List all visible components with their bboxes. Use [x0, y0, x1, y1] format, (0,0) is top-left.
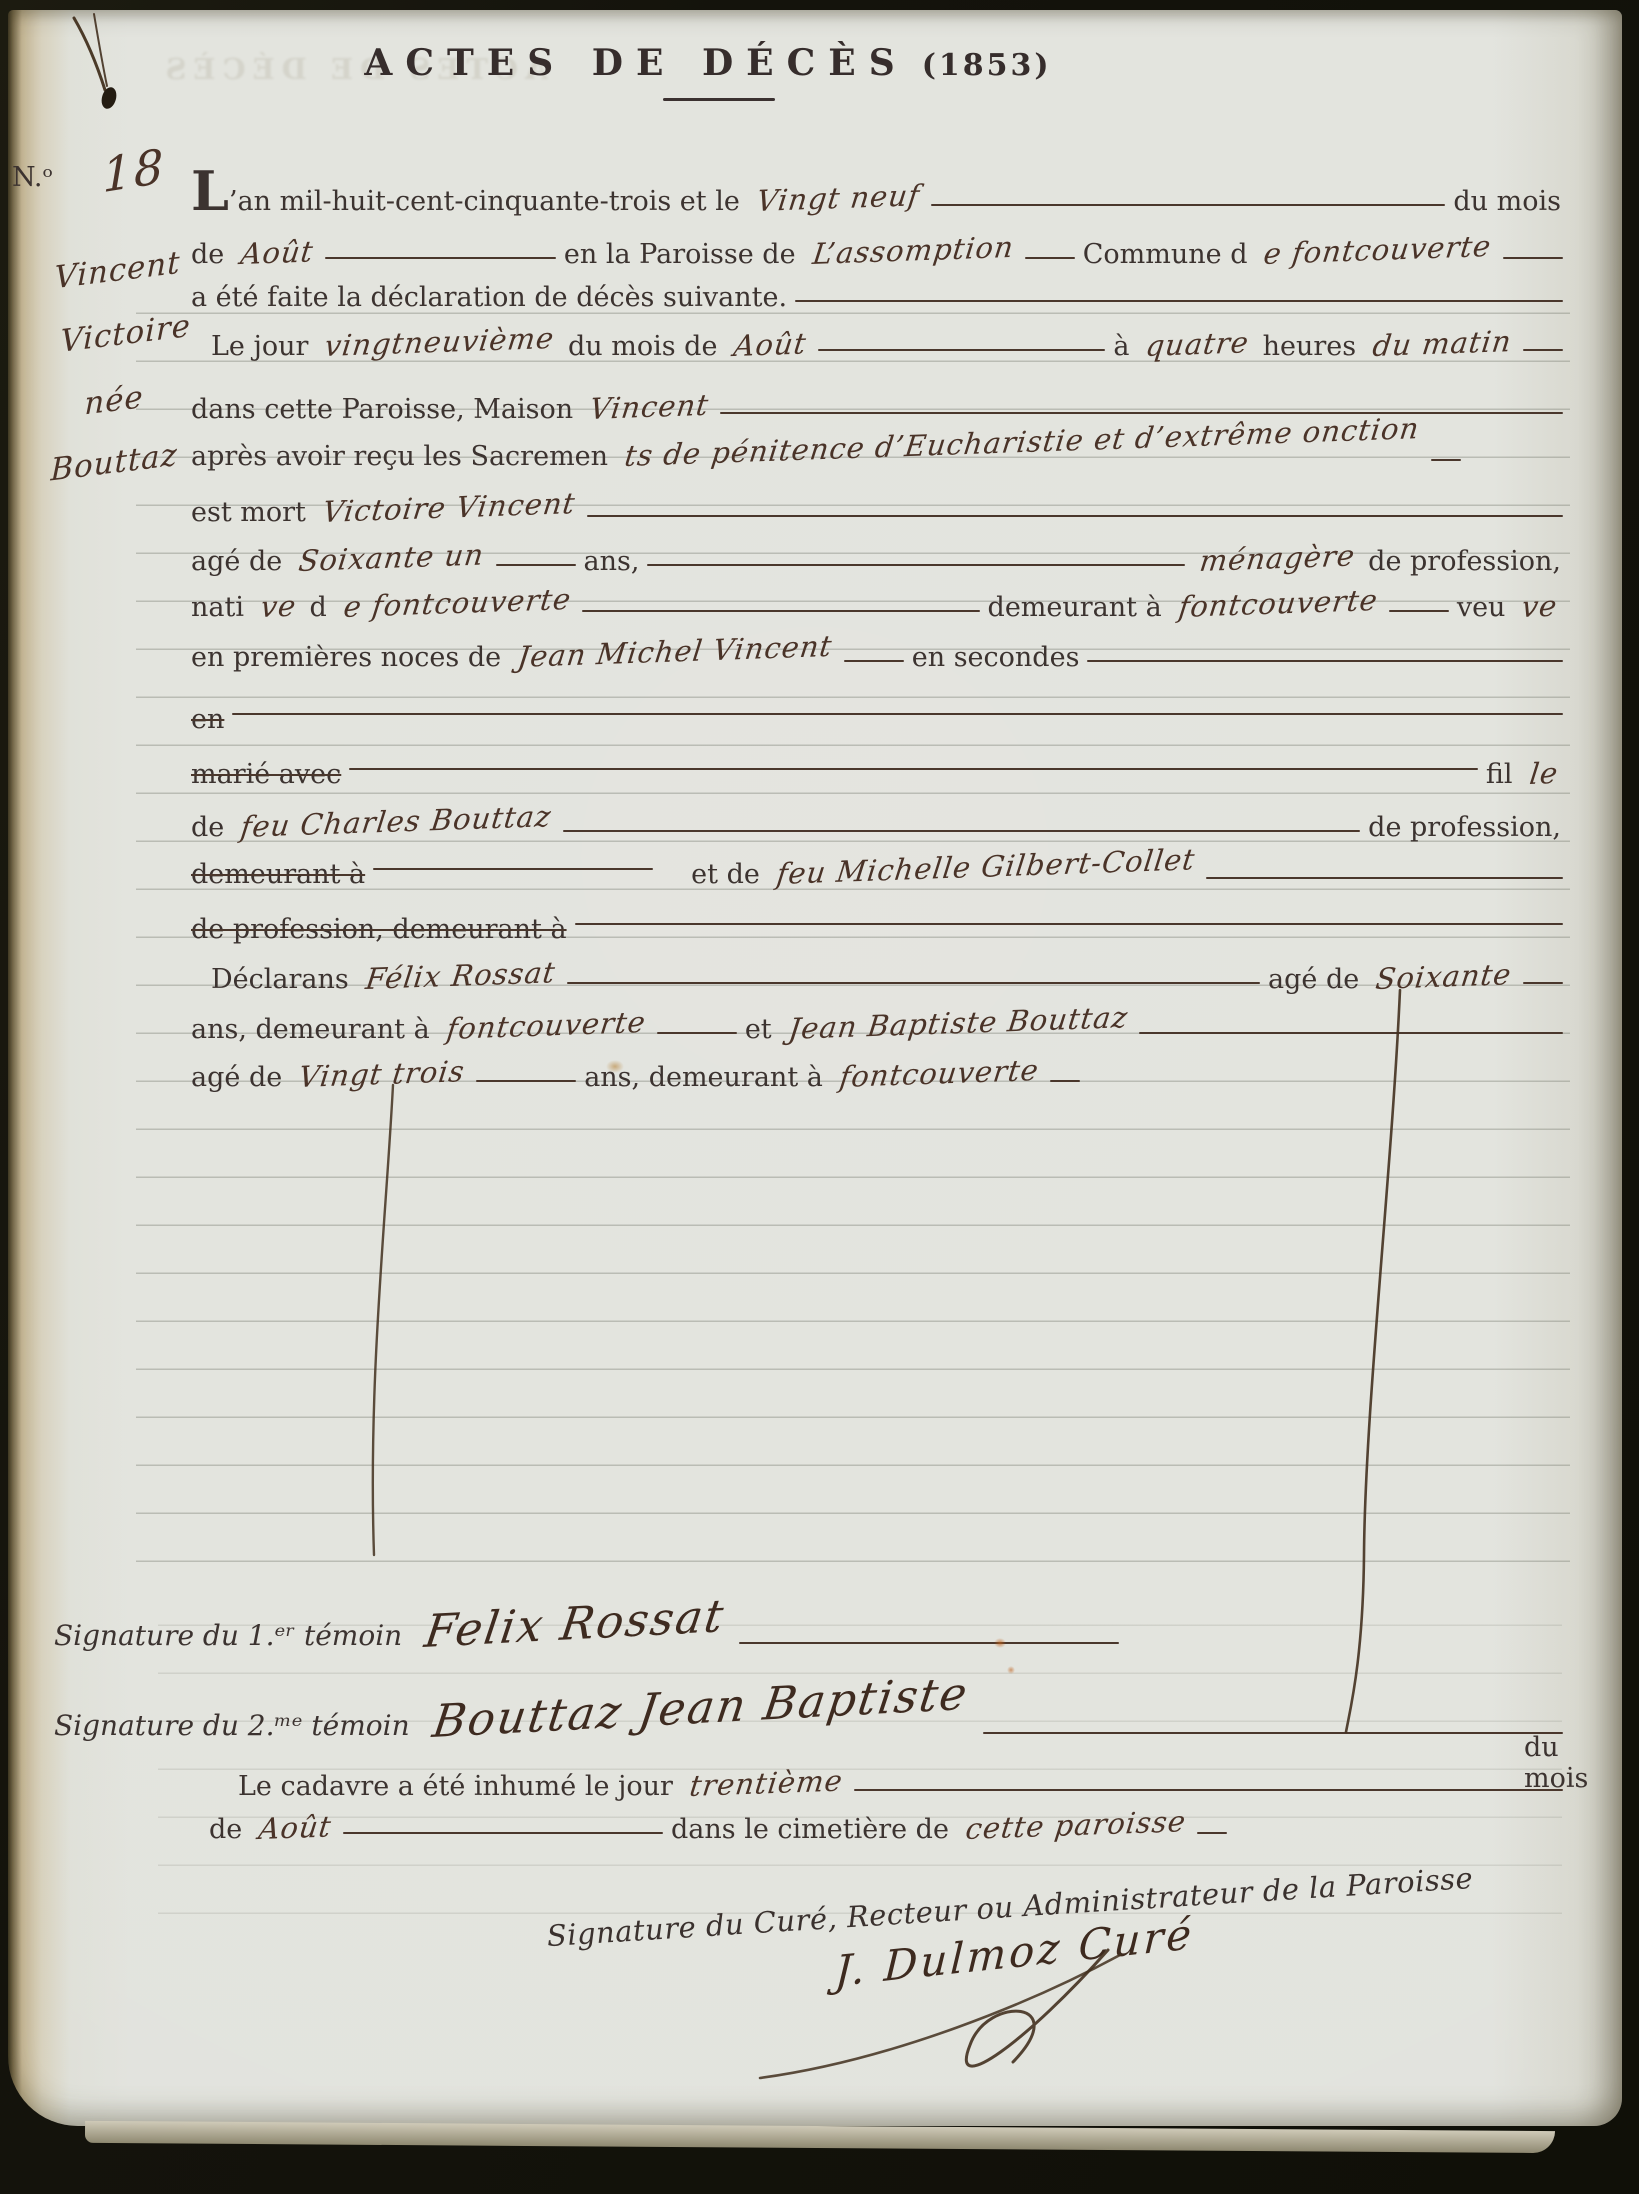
printed-text: agé de: [1268, 965, 1359, 994]
act-line-3: a été faite la déclaration de décès suiv…: [186, 266, 1566, 312]
pen-stroke: [496, 564, 576, 566]
handwritten-entry: Août: [239, 237, 315, 269]
handwritten-entry: Félix Rossat: [364, 958, 557, 994]
page-header: ACTES DE DÉCÈS(1853): [308, 42, 1108, 84]
witness1-signature-row: Signature du 1.ᵉʳ témoinFelix Rossat: [48, 1582, 1566, 1654]
pen-stroke: [1050, 1080, 1080, 1082]
margin-deceased-name: VincentVictoirenéeBouttaz: [54, 254, 204, 510]
printed-text: et de: [691, 860, 760, 889]
act-line-4: Le jourvingtneuvièmedu mois deAoûtàquatr…: [206, 315, 1566, 361]
handwritten-entry: Jean Baptiste Bouttaz: [787, 1003, 1130, 1044]
act-number-label: N.ᵒ: [12, 162, 53, 193]
printed-fragment-du-mois: du mois: [1524, 1732, 1622, 1794]
margin-name-line: Bouttaz: [50, 436, 203, 486]
pen-stroke: [582, 610, 979, 612]
handwritten-entry: Vingt trois: [297, 1057, 466, 1092]
printed-text: de: [191, 240, 224, 269]
handwritten-entry: ve: [1520, 592, 1559, 622]
printed-text: demeurant à: [191, 860, 365, 889]
register-page: ACTES DE DÉCÈS ACTES DE DÉCÈS(1853) N.ᵒ …: [8, 10, 1622, 2126]
pen-stroke: [587, 515, 1563, 517]
printed-text: L’an mil-huit-cent-cinquante-trois et le: [191, 172, 740, 216]
pen-stroke: [325, 257, 556, 259]
pen-stroke: [657, 1032, 737, 1034]
act-line-18: agé deVingt troisans, demeurant àfontcou…: [186, 1046, 1566, 1092]
handwritten-entry: Felix Rossat: [422, 1593, 728, 1654]
act-line-1: L’an mil-huit-cent-cinquante-trois et le…: [186, 170, 1566, 216]
handwritten-entry: feu Michelle Gilbert-Collet: [775, 845, 1197, 889]
printed-text: dans cette Paroisse, Maison: [191, 395, 573, 424]
handwritten-entry: trentième: [688, 1767, 845, 1801]
handwritten-entry: L’assomption: [811, 233, 1016, 269]
printed-text: du mois: [1453, 187, 1561, 216]
pen-stroke: [476, 1080, 576, 1082]
printed-text: marié avec: [191, 760, 341, 789]
handwritten-entry: le: [1528, 759, 1560, 789]
act-line-9: nativede fontcouvertedemeurant àfontcouv…: [186, 576, 1566, 622]
pen-stroke: [1389, 610, 1449, 612]
printed-text: en: [191, 705, 224, 734]
pen-stroke: [647, 564, 1184, 566]
pen-stroke: [983, 1732, 1563, 1734]
pen-stroke: [818, 349, 1105, 351]
pen-stroke: [931, 204, 1445, 206]
printed-text: Signature du 2.ᵐᵉ témoin: [54, 1711, 410, 1742]
pen-stroke: [1523, 349, 1563, 351]
paper-stain: [1007, 1666, 1015, 1674]
burial-date-row: Le cadavre a été inhumé le jourtrentième: [233, 1755, 1566, 1801]
handwritten-entry: Victoire Vincent: [321, 489, 577, 527]
printed-text: à: [1113, 332, 1129, 361]
printed-text: après avoir reçu les Sacremen: [191, 442, 608, 471]
printed-text: Signature du 1.ᵉʳ témoin: [54, 1621, 402, 1652]
act-line-8: agé deSoixante unans,ménagèrede professi…: [186, 530, 1566, 576]
act-line-16: DéclaransFélix Rossatagé deSoixante: [206, 948, 1566, 994]
handwritten-entry: fontcouverte: [1177, 586, 1380, 622]
act-line-11: en: [186, 688, 1566, 734]
printed-text: et: [745, 1015, 772, 1044]
printed-text: de profession,: [1368, 813, 1561, 842]
pen-stroke: [854, 1789, 1563, 1791]
printed-text: Déclarans: [211, 965, 349, 994]
pen-stroke: [1025, 257, 1075, 259]
pen-stroke: [1431, 459, 1461, 461]
pen-stroke: [1087, 660, 1563, 662]
handwritten-entry: Soixante: [1374, 960, 1513, 994]
handwritten-entry: ve: [259, 592, 298, 622]
handwritten-entry: Jean Michel Vincent: [516, 632, 834, 672]
pen-stroke: [1503, 257, 1563, 259]
printed-text: du mois de: [568, 332, 717, 361]
pen-stroke: [567, 982, 1260, 984]
pen-stroke: [343, 1832, 663, 1834]
page-year: (1853): [922, 48, 1052, 83]
act-number: 18: [102, 139, 166, 205]
printed-text: en premières noces de: [191, 643, 501, 672]
act-line-14: demeurant àet defeu Michelle Gilbert-Col…: [186, 843, 1566, 889]
pen-stroke: [232, 713, 1563, 715]
printed-text: ans, demeurant à: [191, 1015, 430, 1044]
handwritten-entry: Vincent: [588, 391, 711, 424]
margin-name-line: Vincent: [54, 245, 203, 295]
act-line-2: deAoûten la Paroisse deL’assomptionCommu…: [186, 223, 1566, 269]
printed-text: de profession,: [1368, 547, 1561, 576]
printed-text: Commune d: [1083, 240, 1248, 269]
spacer: [656, 888, 686, 889]
pen-stroke: [1206, 877, 1563, 879]
pen-stroke: [1523, 982, 1563, 984]
printed-text: en secondes: [912, 643, 1080, 672]
handwritten-entry: cette paroisse: [964, 1807, 1188, 1844]
handwritten-entry: Soixante un: [297, 540, 486, 576]
printed-text: dans le cimetière de: [671, 1815, 949, 1844]
printed-text: ans,: [584, 547, 640, 576]
handwritten-entry: vingtneuvième: [323, 324, 556, 361]
handwritten-entry: Bouttaz Jean Baptiste: [430, 1671, 972, 1744]
printed-text: a été faite la déclaration de décès suiv…: [191, 283, 787, 312]
act-line-17: ans, demeurant àfontcouverteetJean Bapti…: [186, 998, 1566, 1044]
act-line-10: en premières noces deJean Michel Vincent…: [186, 626, 1566, 672]
burial-place-row: deAoûtdans le cimetière decette paroisse: [204, 1798, 1566, 1844]
act-line-6: après avoir reçu les Sacrements de pénit…: [186, 425, 1566, 471]
printed-text: de: [209, 1815, 242, 1844]
printed-text: Le jour: [211, 332, 308, 361]
pen-stroke: [720, 412, 1563, 414]
pen-stroke: [1197, 1832, 1227, 1834]
printed-text: veu: [1457, 593, 1506, 622]
handwritten-entry: e fontcouverte: [342, 585, 573, 622]
paper-stain: [606, 1060, 624, 1073]
act-line-12: marié avecfille: [186, 743, 1566, 789]
handwritten-entry: fontcouverte: [445, 1008, 648, 1044]
margin-name-line: Victoire: [60, 309, 203, 358]
handwritten-entry: quatre: [1144, 328, 1251, 361]
handwritten-entry: Août: [257, 1812, 333, 1844]
handwritten-entry: feu Charles Bouttaz: [239, 802, 553, 842]
printed-text: de: [191, 813, 224, 842]
handwritten-entry: ménagère: [1198, 541, 1357, 576]
pen-stroke: [575, 923, 1563, 925]
pen-stroke: [844, 660, 904, 662]
handwritten-entry: Vingt neuf: [755, 181, 922, 216]
act-line-7: est mortVictoire Vincent: [186, 481, 1566, 527]
paper-stain: [994, 1638, 1006, 1648]
pen-stroke: [795, 300, 1563, 302]
handwritten-entry: fontcouverte: [838, 1056, 1041, 1092]
witness2-signature-row: Signature du 2.ᵐᵉ témoinBouttaz Jean Bap…: [48, 1672, 1566, 1744]
printed-text: d: [310, 593, 327, 622]
printed-text: Le cadavre a été inhumé le jour: [238, 1772, 673, 1801]
scanned-register-photo: ACTES DE DÉCÈS ACTES DE DÉCÈS(1853) N.ᵒ …: [0, 0, 1639, 2194]
printed-text: en la Paroisse de: [564, 240, 796, 269]
pen-stroke: [349, 768, 1478, 770]
act-line-15: de profession, demeurant à: [186, 898, 1566, 944]
handwritten-entry: du matin: [1371, 327, 1513, 361]
handwritten-entry: e fontcouverte: [1262, 232, 1493, 269]
printed-text: agé de: [191, 547, 282, 576]
pen-stroke: [739, 1642, 1119, 1644]
printed-text: agé de: [191, 1063, 282, 1092]
pen-stroke: [373, 868, 653, 870]
page-title: ACTES DE DÉCÈS: [364, 42, 907, 84]
printed-text: fil: [1486, 760, 1513, 789]
pen-stroke: [563, 830, 1360, 832]
printed-text: de profession, demeurant à: [191, 915, 567, 944]
printed-text: heures: [1263, 332, 1357, 361]
act-line-13: defeu Charles Bouttazde profession,: [186, 796, 1566, 842]
printed-text: demeurant à: [988, 593, 1162, 622]
handwritten-entry: Août: [732, 329, 808, 361]
pen-stroke: [1139, 1032, 1563, 1034]
printed-text: est mort: [191, 498, 306, 527]
printed-text: nati: [191, 593, 244, 622]
header-underline: [663, 98, 775, 101]
